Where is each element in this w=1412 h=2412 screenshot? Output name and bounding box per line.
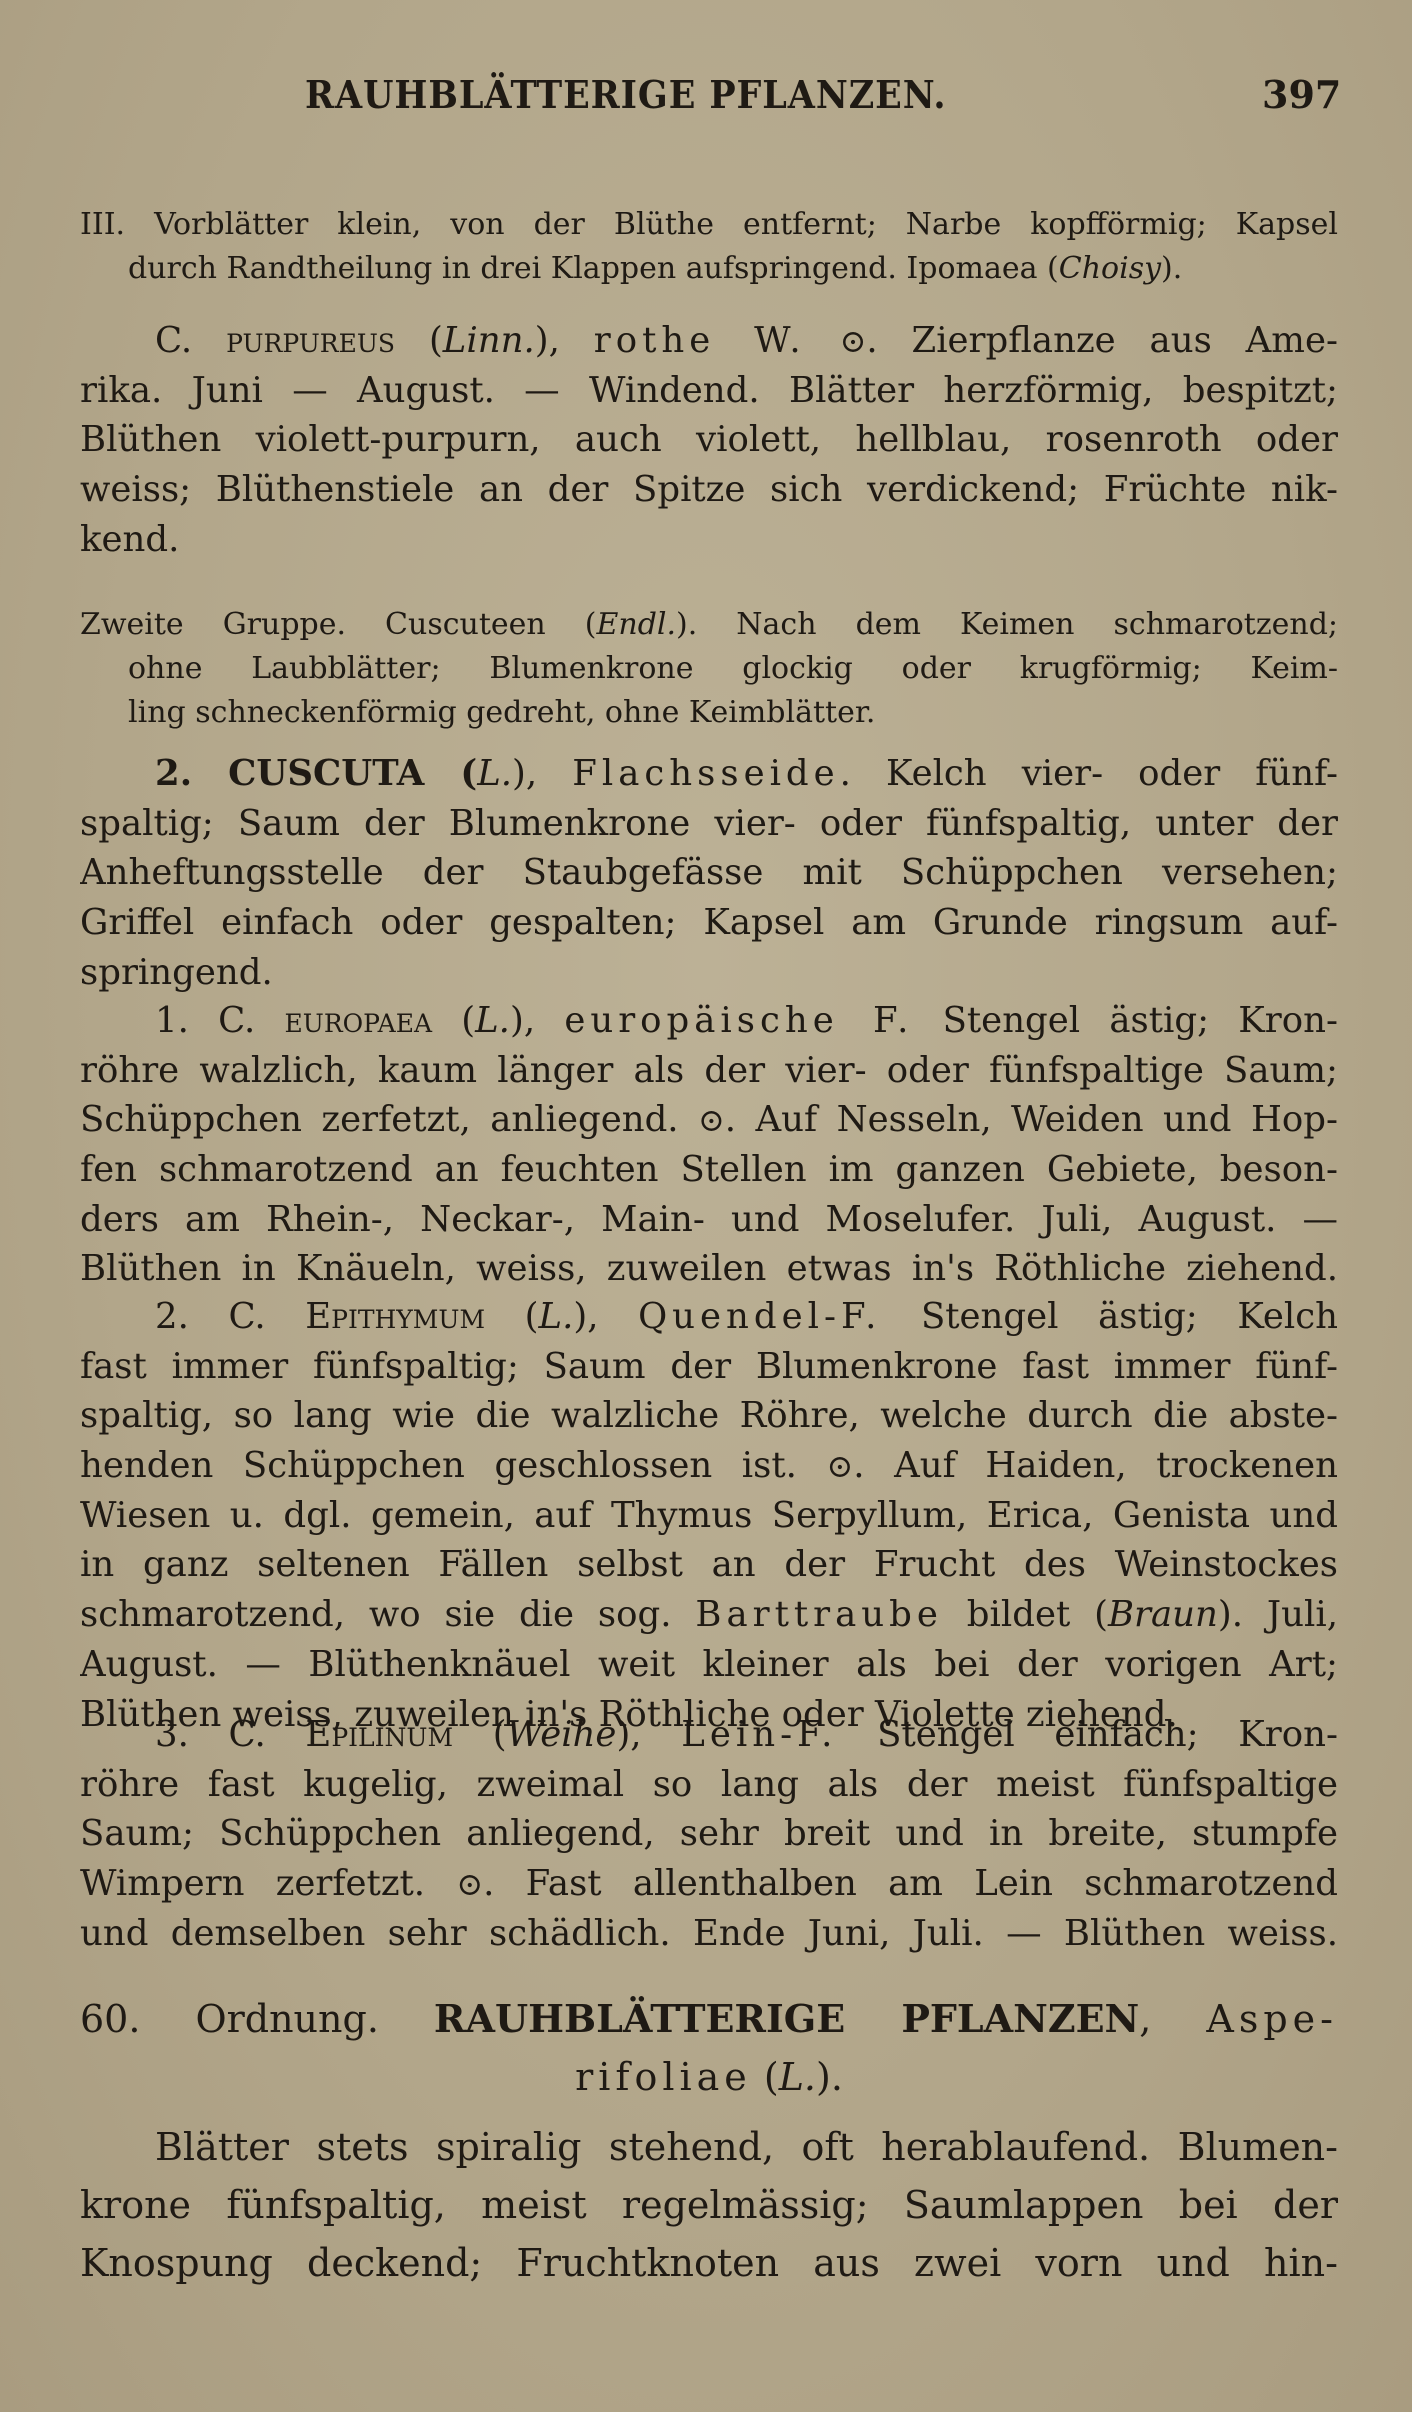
- text-line: Schüppchen zerfetzt, anliegend. ⊙. Auf N…: [80, 1095, 1338, 1145]
- text-line: spaltig, so lang wie die walzliche Röhre…: [80, 1391, 1338, 1441]
- text-line: ohne Laubblätter; Blumenkrone glockig od…: [80, 647, 1338, 691]
- text-line: Saum; Schüppchen anliegend, sehr breit u…: [80, 1809, 1338, 1859]
- text-line: fen schmarotzend an feuchten Stellen im …: [80, 1145, 1338, 1195]
- species-heading-line: C. purpureus (Linn.), rothe W. ⊙. Zierpf…: [80, 316, 1338, 366]
- text-line: henden Schüppchen geschlossen ist. ⊙. Au…: [80, 1441, 1338, 1491]
- annual-plant-symbol-icon: ⊙: [698, 1101, 725, 1139]
- author-citation: L.: [475, 1000, 510, 1041]
- author-citation: Endl.: [596, 607, 676, 642]
- species-heading-line: 1. C. europaea (L.), europäische F. Sten…: [80, 996, 1338, 1046]
- common-name: Barttraube: [695, 1594, 943, 1635]
- author-citation: Choisy: [1059, 251, 1161, 286]
- text-line: Wimpern zerfetzt. ⊙. Fast allenthalben a…: [80, 1859, 1338, 1909]
- text-line: und demselben sehr schädlich. Ende Juni,…: [80, 1909, 1338, 1959]
- author-citation: L.: [539, 1296, 574, 1337]
- text-line: durch Randtheilung in drei Klappen aufsp…: [80, 247, 1338, 291]
- order-latin-name: rifoliae: [575, 2055, 752, 2099]
- text-line: Anheftungsstelle der Staubgefässe mit Sc…: [80, 848, 1338, 898]
- common-name: Quendel-F.: [638, 1296, 881, 1337]
- text-line: III. Vorblätter klein, von der Blüthe en…: [80, 203, 1338, 247]
- order-heading-line: 60. Ordnung. RAUHBLÄTTERIGE PFLANZEN, As…: [80, 1990, 1338, 2048]
- text-line: springend.: [80, 948, 1338, 998]
- running-title: RAUHBLÄTTERIGE PFLANZEN.: [305, 72, 946, 117]
- text-line: krone fünfspaltig, meist regelmässig; Sa…: [80, 2176, 1338, 2234]
- common-name: rothe W.: [594, 320, 806, 361]
- order-description: Blätter stets spiralig stehend, oft hera…: [80, 2118, 1338, 2292]
- species-name: Epilinum: [305, 1714, 453, 1755]
- annual-plant-symbol-icon: ⊙: [826, 1447, 853, 1485]
- author-citation: Weihe: [507, 1714, 617, 1755]
- species-heading-line: 2. C. Epithymum (L.), Quendel-F. Stengel…: [80, 1292, 1338, 1342]
- text-line: rika. Juni — August. — Windend. Blätter …: [80, 366, 1338, 416]
- order-latin-name: Aspe-: [1206, 1997, 1338, 2041]
- species-name: purpureus: [226, 320, 395, 361]
- text-line: röhre walzlich, kaum länger als der vier…: [80, 1046, 1338, 1096]
- text-line: fast immer fünfspaltig; Saum der Blumenk…: [80, 1342, 1338, 1392]
- group-cuscuteen: Zweite Gruppe. Cuscuteen (Endl.). Nach d…: [80, 603, 1338, 735]
- author-citation: Linn.: [443, 320, 535, 361]
- annual-plant-symbol-icon: ⊙: [840, 322, 867, 360]
- group-heading-line: Zweite Gruppe. Cuscuteen (Endl.). Nach d…: [80, 603, 1338, 647]
- species-c-epithymum: 2. C. Epithymum (L.), Quendel-F. Stengel…: [80, 1292, 1338, 1739]
- author-citation: L.: [477, 753, 512, 794]
- species-name: europaea: [285, 1000, 433, 1041]
- text-line: schmarotzend, wo sie die sog. Barttraube…: [80, 1590, 1338, 1640]
- text-line: Knospung deckend; Fruchtknoten aus zwei …: [80, 2234, 1338, 2292]
- text-line: Griffel einfach oder gespalten; Kapsel a…: [80, 898, 1338, 948]
- common-name: Lein-F.: [681, 1714, 837, 1755]
- text-line: August. — Blüthenknäuel weit kleiner als…: [80, 1640, 1338, 1690]
- species-c-purpureus: C. purpureus (Linn.), rothe W. ⊙. Zierpf…: [80, 316, 1338, 564]
- text-line: Blüthen in Knäueln, weiss, zuweilen etwa…: [80, 1244, 1338, 1294]
- text-line: röhre fast kugelig, zweimal so lang als …: [80, 1760, 1338, 1810]
- text-line: Blüthen violett-purpurn, auch violett, h…: [80, 415, 1338, 465]
- text-line: kend.: [80, 515, 1338, 565]
- order-heading: 60. Ordnung. RAUHBLÄTTERIGE PFLANZEN, As…: [80, 1990, 1338, 2106]
- order-title: RAUHBLÄTTERIGE PFLANZEN: [434, 1996, 1139, 2041]
- author-citation: Braun: [1108, 1594, 1218, 1635]
- page-number: 397: [1262, 72, 1341, 117]
- genus-heading-line: 2. CUSCUTA (L.), Flachsseide. Kelch vier…: [80, 749, 1338, 799]
- text-line: weiss; Blüthenstiele an der Spitze sich …: [80, 465, 1338, 515]
- genus-name: 2. CUSCUTA (: [155, 753, 477, 794]
- genus-cuscuta: 2. CUSCUTA (L.), Flachsseide. Kelch vier…: [80, 749, 1338, 997]
- species-c-europaea: 1. C. europaea (L.), europäische F. Sten…: [80, 996, 1338, 1294]
- common-name: europäische F.: [564, 1000, 913, 1041]
- author-citation: L.: [779, 2055, 816, 2099]
- annual-plant-symbol-icon: ⊙: [456, 1865, 483, 1903]
- text-line: spaltig; Saum der Blumenkrone vier- oder…: [80, 799, 1338, 849]
- section-iii-ipomaea: III. Vorblätter klein, von der Blüthe en…: [80, 203, 1338, 291]
- order-heading-line: rifoliae (L.).: [80, 2048, 1338, 2106]
- common-name: Flachsseide: [572, 753, 839, 794]
- text-line: in ganz seltenen Fällen selbst an der Fr…: [80, 1540, 1338, 1590]
- text-line: Wiesen u. dgl. gemein, auf Thymus Serpyl…: [80, 1491, 1338, 1541]
- book-page: RAUHBLÄTTERIGE PFLANZEN. 397 III. Vorblä…: [0, 0, 1412, 2412]
- text-line: Blätter stets spiralig stehend, oft hera…: [80, 2118, 1338, 2176]
- running-head: RAUHBLÄTTERIGE PFLANZEN. 397: [0, 72, 1412, 132]
- text-line: ling schneckenförmig gedreht, ohne Keimb…: [80, 691, 1338, 735]
- species-heading-line: 3. C. Epilinum (Weihe), Lein-F. Stengel …: [80, 1710, 1338, 1760]
- text-line: ders am Rhein-, Neckar-, Main- und Mosel…: [80, 1195, 1338, 1245]
- species-name: Epithymum: [305, 1296, 485, 1337]
- species-c-epilinum: 3. C. Epilinum (Weihe), Lein-F. Stengel …: [80, 1710, 1338, 1958]
